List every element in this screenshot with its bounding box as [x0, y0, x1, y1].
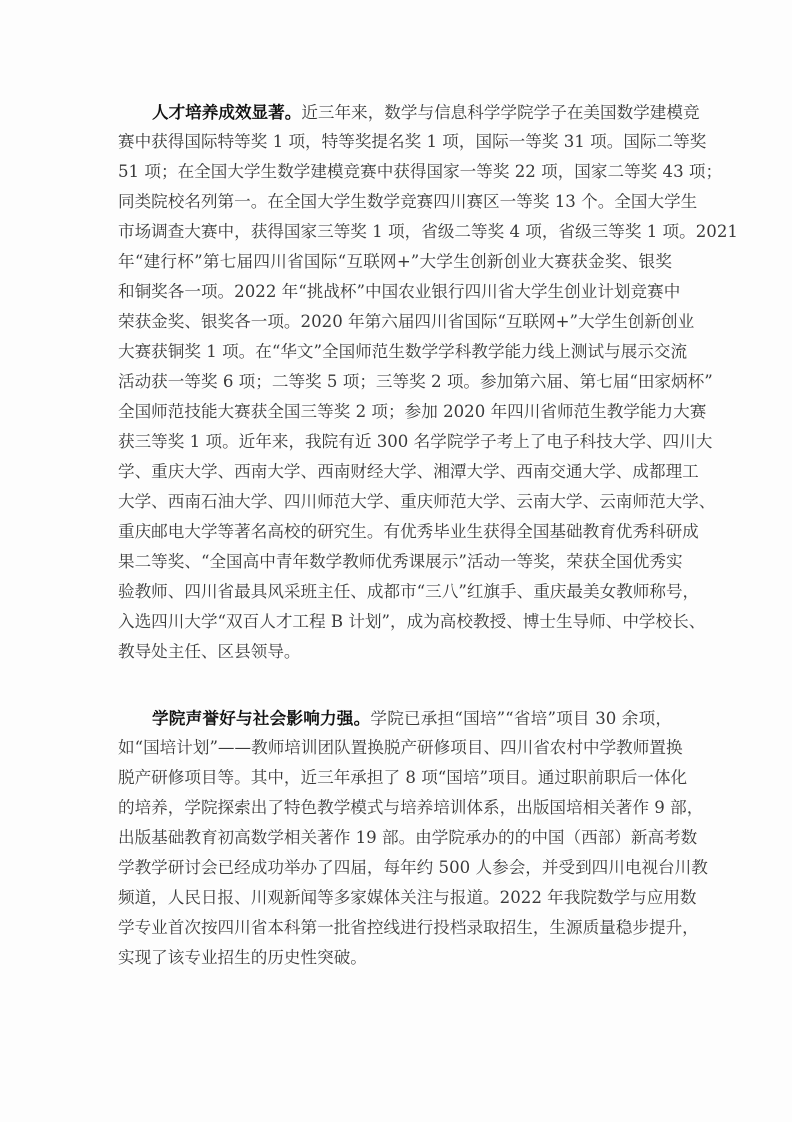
text-line: 实现了该专业招生的历史性突破。 [118, 943, 672, 973]
text-line: 学院声誉好与社会影响力强。学院已承担“国培”“省培”项目 30 余项， [118, 703, 672, 733]
text-line: 人才培养成效显著。近三年来，数学与信息科学学院学子在美国数学建模竞 [118, 97, 672, 127]
paragraph-lead-heading: 学院声誉好与社会影响力强。 [152, 708, 370, 728]
text-line: 大赛获铜奖 1 项。在“华文”全国师范生数学学科教学能力线上测试与展示交流 [118, 337, 672, 367]
text-line: 如“国培计划”——教师培训团队置换脱产研修项目、四川省农村中学教师置换 [118, 733, 672, 763]
paragraph-lead-heading: 人才培养成效显著。 [152, 102, 301, 122]
text-line: 同类院校名列第一。在全国大学生数学竞赛四川赛区一等奖 13 个。全国大学生 [118, 187, 672, 217]
text-line: 学教学研讨会已经成功举办了四届，每年约 500 人参会，并受到四川电视台川教 [118, 853, 672, 883]
text-line: 年“建行杯”第七届四川省国际“互联网+”大学生创新创业大赛获金奖、银奖 [118, 247, 672, 277]
text-line: 出版基础教育初高数学相关著作 19 部。由学院承办的的中国（西部）新高考数 [118, 823, 672, 853]
text-line: 学专业首次按四川省本科第一批省控线进行投档录取招生，生源质量稳步提升， [118, 913, 672, 943]
text-line: 验教师、四川省最具风采班主任、成都市“三八”红旗手、重庆最美女教师称号， [118, 577, 672, 607]
text-line: 和铜奖各一项。2022 年“挑战杯”中国农业银行四川省大学生创业计划竞赛中 [118, 277, 672, 307]
paragraph-talent-cultivation: 人才培养成效显著。近三年来，数学与信息科学学院学子在美国数学建模竞 赛中获得国际… [118, 97, 672, 667]
text-line: 果二等奖、“全国高中青年数学教师优秀课展示”活动一等奖，荣获全国优秀实 [118, 547, 672, 577]
text-line: 荣获金奖、银奖各一项。2020 年第六届四川省国际“互联网+”大学生创新创业 [118, 307, 672, 337]
text-line: 市场调查大赛中，获得国家三等奖 1 项，省级二等奖 4 项，省级三等奖 1 项。… [118, 217, 672, 247]
text-line: 获三等奖 1 项。近年来，我院有近 300 名学院学子考上了电子科技大学、四川大 [118, 427, 672, 457]
text-line: 的培养，学院探索出了特色教学模式与培养培训体系，出版国培相关著作 9 部， [118, 793, 672, 823]
text-line: 学、重庆大学、西南大学、西南财经大学、湘潭大学、西南交通大学、成都理工 [118, 457, 672, 487]
text-line: 大学、西南石油大学、四川师范大学、重庆师范大学、云南大学、云南师范大学、 [118, 487, 672, 517]
text-line: 教导处主任、区县领导。 [118, 637, 672, 667]
text-line: 全国师范技能大赛获全国三等奖 2 项；参加 2020 年四川省师范生教学能力大赛 [118, 397, 672, 427]
text-line: 脱产研修项目等。其中，近三年承担了 8 项“国培”项目。通过职前职后一体化 [118, 763, 672, 793]
paragraph-reputation-influence: 学院声誉好与社会影响力强。学院已承担“国培”“省培”项目 30 余项， 如“国培… [118, 703, 672, 973]
text-line: 频道，人民日报、川观新闻等多家媒体关注与报道。2022 年我院数学与应用数 [118, 883, 672, 913]
text-line: 51 项；在全国大学生数学建模竞赛中获得国家一等奖 22 项，国家二等奖 43 … [118, 157, 672, 187]
text-line: 赛中获得国际特等奖 1 项，特等奖提名奖 1 项，国际一等奖 31 项。国际二等… [118, 127, 672, 157]
text-line: 活动获一等奖 6 项；二等奖 5 项；三等奖 2 项。参加第六届、第七届“田家炳… [118, 367, 672, 397]
document-page: 人才培养成效显著。近三年来，数学与信息科学学院学子在美国数学建模竞 赛中获得国际… [0, 0, 792, 1122]
text-line: 入选四川大学“双百人才工程 B 计划”，成为高校教授、博士生导师、中学校长、 [118, 607, 672, 637]
text-line: 重庆邮电大学等著名高校的研究生。有优秀毕业生获得全国基础教育优秀科研成 [118, 517, 672, 547]
